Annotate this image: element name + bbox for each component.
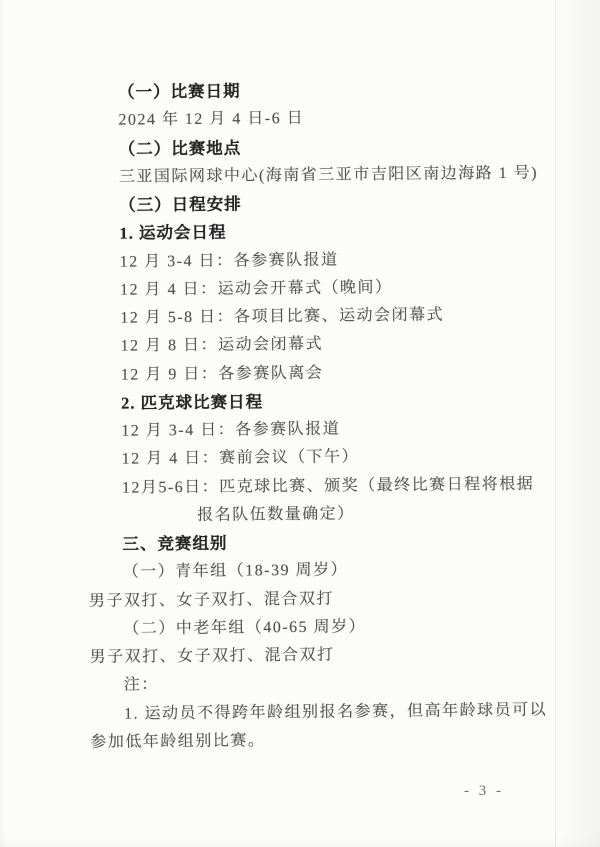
- doc-line-schedule-item: 12 月 5-8 日：各项目比赛、运动会闭幕式: [86, 300, 556, 333]
- doc-line-schedule-item: 12 月 4 日：运动会开幕式（晚间）: [86, 272, 556, 305]
- doc-line-schedule-item: 12 月 3-4 日：各参赛队报道: [86, 244, 556, 277]
- doc-line-schedule-item: 12 月 3-4 日：各参赛队报道: [87, 413, 557, 446]
- doc-line-schedule-item: 12 月 8 日：运动会闭幕式: [86, 329, 556, 362]
- section-heading-competition-groups: 三、竞赛组别: [88, 526, 558, 559]
- scan-edge-right-shadow: [555, 0, 600, 847]
- doc-line-venue-value: 三亚国际网球中心(海南省三亚市吉阳区南边海路 1 号): [85, 159, 555, 192]
- doc-line-group-events: 男子双打、女子双打、混合双打: [89, 583, 559, 616]
- section-heading-schedule: （三）日程安排: [85, 187, 555, 220]
- doc-line-group-youth: （一）青年组（18-39 周岁）: [89, 555, 559, 588]
- doc-line-note-label: 注：: [90, 668, 560, 701]
- doc-line-schedule-item: 12 月 4 日：赛前会议（下午）: [88, 442, 558, 475]
- doc-line-note-text-wrap: 参加低年龄组别比赛。: [90, 724, 560, 757]
- scan-edge-bottom-shadow: [0, 837, 600, 847]
- document-body: （一）比赛日期 2024 年 12 月 4 日-6 日 （二）比赛地点 三亚国际…: [84, 74, 560, 756]
- scanned-document-page: （一）比赛日期 2024 年 12 月 4 日-6 日 （二）比赛地点 三亚国际…: [0, 0, 600, 847]
- doc-line-schedule-item: 12月5-6日：匹克球比赛、颁奖（最终比赛日程将根据: [88, 470, 558, 503]
- subheading-pickleball-schedule: 2. 匹克球比赛日程: [87, 385, 557, 418]
- doc-line-schedule-item: 12 月 9 日：各参赛队离会: [87, 357, 557, 390]
- doc-line-group-senior: （二）中老年组（40-65 周岁）: [89, 611, 559, 644]
- section-heading-match-date: （一）比赛日期: [84, 74, 554, 107]
- subheading-games-schedule: 1. 运动会日程: [85, 216, 555, 249]
- doc-line-group-events: 男子双打、女子双打、混合双打: [89, 639, 559, 672]
- doc-line-match-date-value: 2024 年 12 月 4 日-6 日: [84, 103, 554, 136]
- scan-edge-left-shadow: [0, 0, 6, 847]
- doc-line-schedule-item-wrap: 报名队伍数量确定）: [88, 498, 558, 531]
- section-heading-match-venue: （二）比赛地点: [85, 131, 555, 164]
- page-number: - 3 -: [464, 783, 504, 800]
- doc-line-note-text: 1. 运动员不得跨年龄组别报名参赛，但高年龄球员可以: [90, 696, 560, 729]
